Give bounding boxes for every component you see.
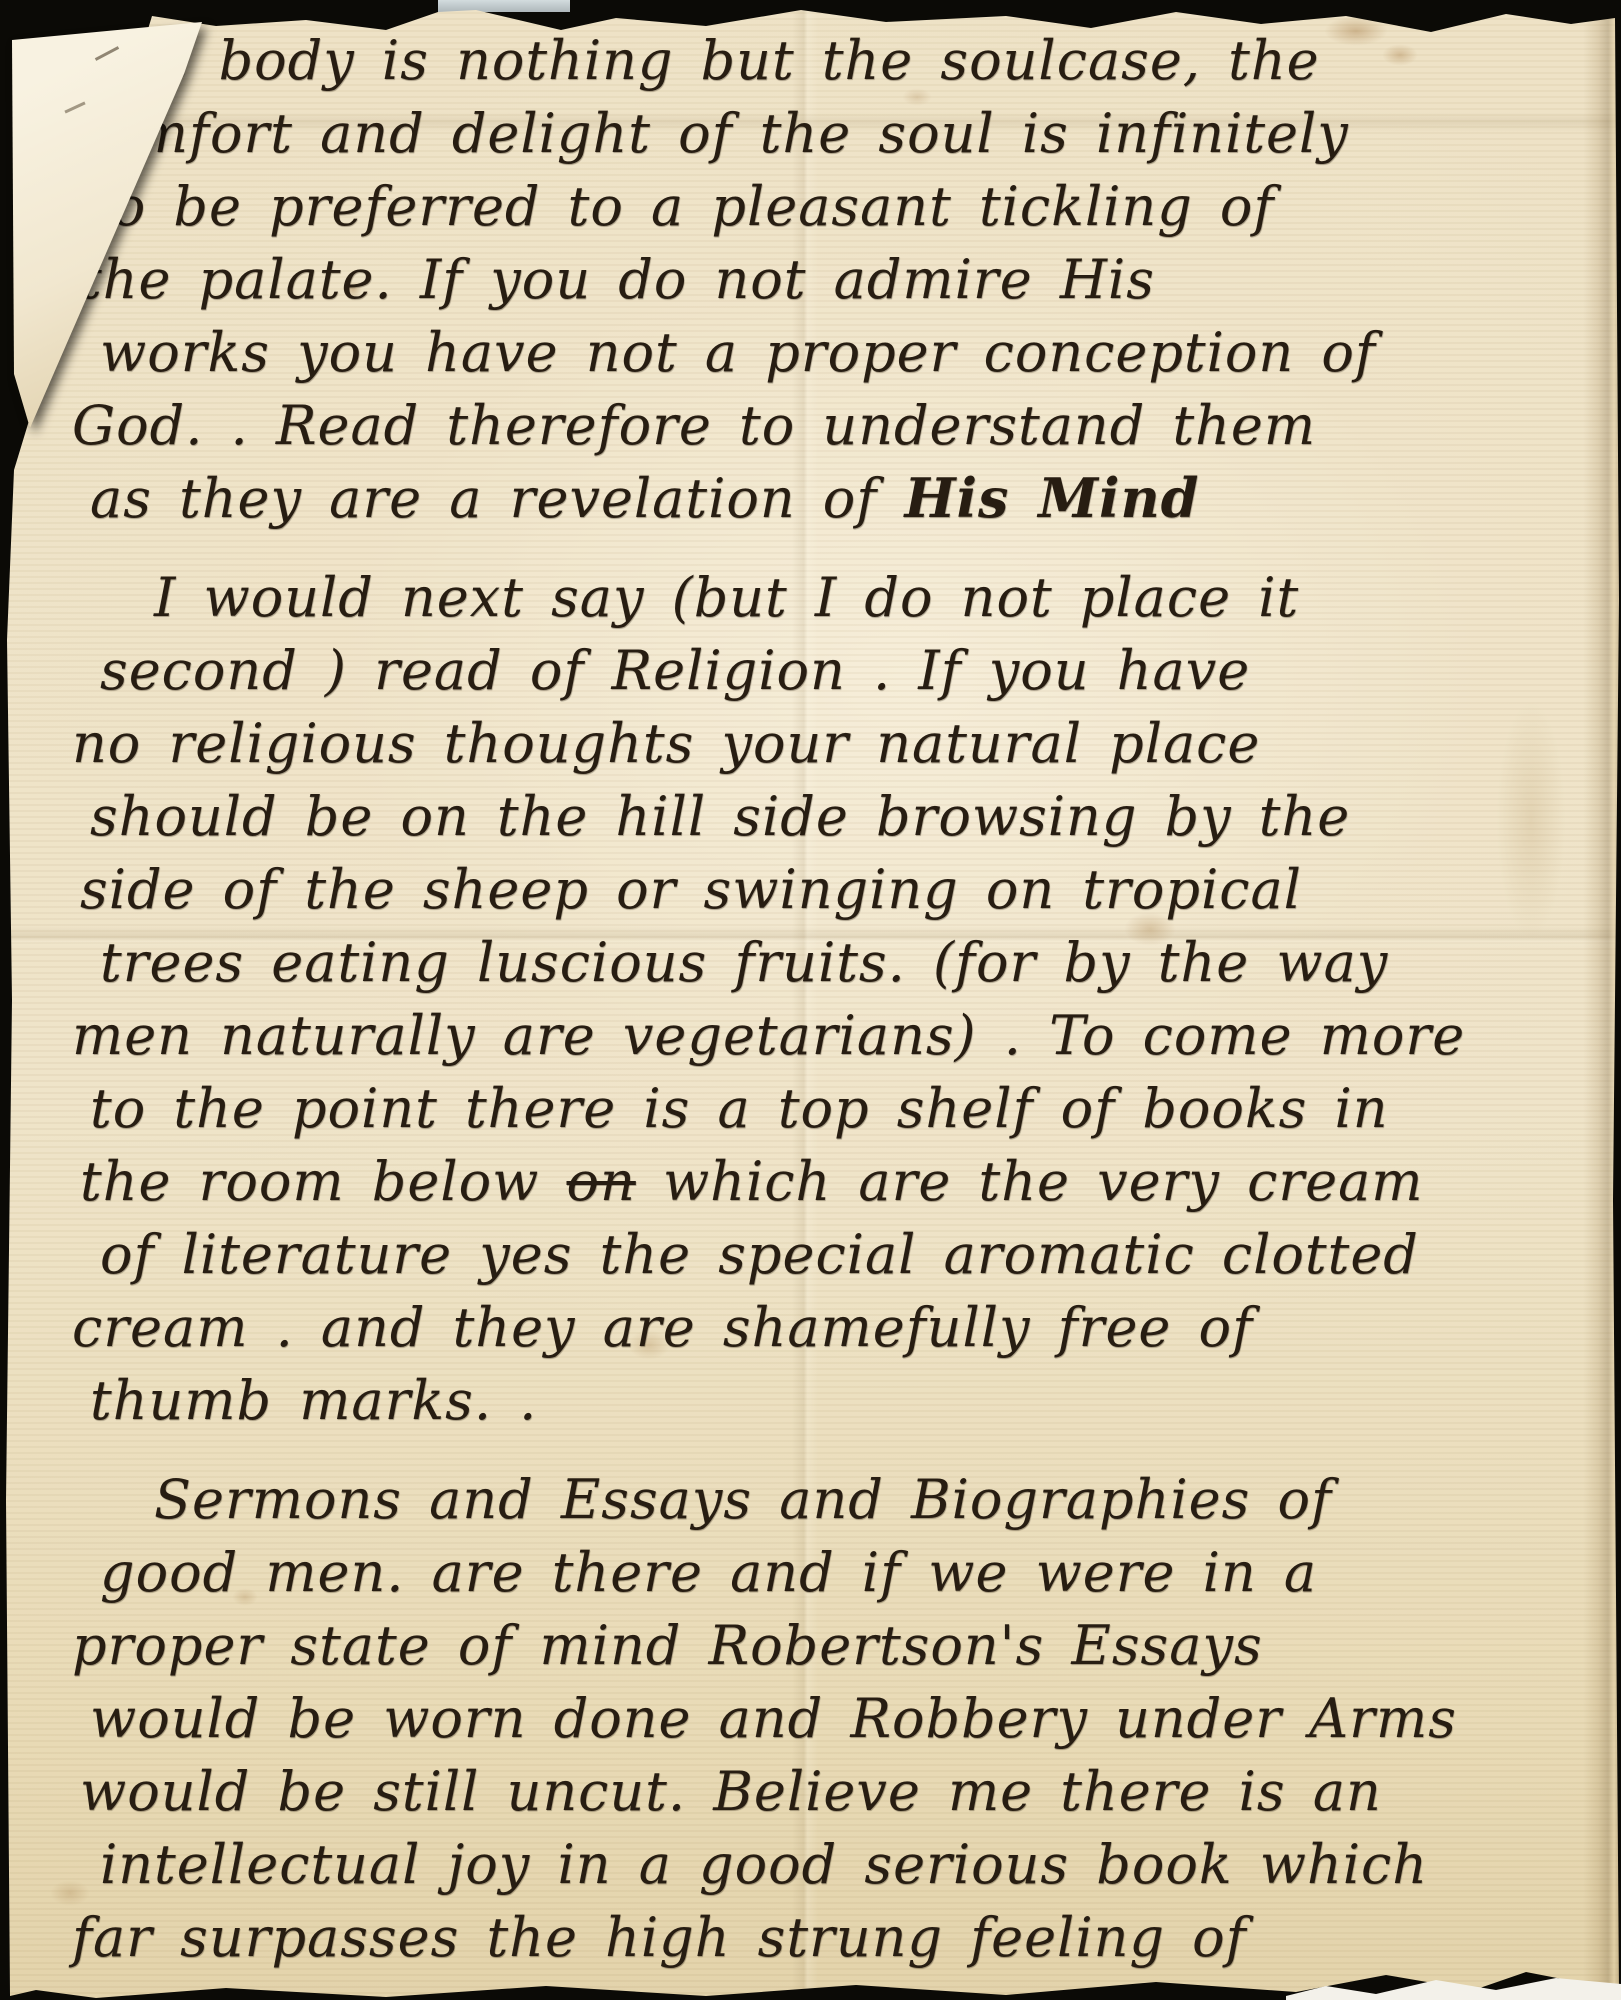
line-text: which are the very cream [636,1150,1424,1213]
line-text: would be worn done and Robbery under Arm… [90,1687,1457,1750]
line-text: the room below [80,1150,567,1213]
handwritten-line: the body is nothing but the soulcase, th… [100,24,1586,97]
handwritten-line: would be worn done and Robbery under Arm… [90,1682,1586,1755]
line-text: works you have not a proper conception o… [100,321,1376,384]
line-text: intellectual joy in a good serious book … [100,1833,1428,1896]
line-text: thumb marks. . [90,1369,537,1432]
handwritten-line: to the point there is a top shelf of boo… [90,1072,1586,1145]
handwritten-line: cream . and they are shamefully free of [72,1291,1586,1364]
handwritten-line: trees eating luscious fruits. (for by th… [100,926,1586,999]
handwritten-line: to be preferred to a pleasant tickling o… [90,170,1586,243]
handwritten-line: should be on the hill side browsing by t… [90,780,1586,853]
folded-torn-corner [8,14,218,444]
handwritten-line: second ) read of Religion . If you have [100,634,1586,707]
handwritten-line: no religious thoughts your natural place [72,707,1586,780]
folded-corner-paper [8,14,218,444]
line-text: I would next say (but I do not place it [154,566,1299,629]
handwritten-line: Sermons and Essays and Biographies of [80,1463,1586,1536]
line-text: the body is nothing but the soulcase, th… [100,29,1320,92]
handwritten-line: works you have not a proper conception o… [100,316,1586,389]
line-text: no religious thoughts your natural place [72,712,1260,775]
line-text: should be on the hill side browsing by t… [90,785,1350,848]
line-text: the palate. If you do not admire His [80,248,1155,311]
line-text: good men. are there and if we were in a [100,1541,1317,1604]
line-text: trees eating luscious fruits. (for by th… [100,931,1388,994]
line-text: to be preferred to a pleasant tickling o… [90,175,1274,238]
line-text: proper state of mind Robertson's Essays [72,1614,1263,1677]
handwritten-line: far surpasses the high strung feeling of [72,1901,1586,1974]
overwritten-words: His Mind [904,466,1199,530]
handwritten-line: the room below on which are the very cre… [80,1145,1586,1218]
line-text: Sermons and Essays and Biographies of [154,1468,1332,1531]
line-text: as they are a revelation of [90,467,904,530]
handwritten-line: intellectual joy in a good serious book … [100,1828,1586,1901]
handwritten-line: I would next say (but I do not place it [80,561,1586,634]
handwritten-line: of literature yes the special aromatic c… [100,1218,1586,1291]
line-text: second ) read of Religion . If you have [100,639,1250,702]
struck-out-word: on [567,1150,636,1213]
line-text: to the point there is a top shelf of boo… [90,1077,1389,1140]
handwritten-line: God. . Read therefore to understand them [72,389,1586,462]
line-text: God. . Read therefore to understand them [72,394,1316,457]
letter-text: the body is nothing but the soulcase, th… [70,24,1586,1974]
handwritten-line: comfort and delight of the soul is infin… [72,97,1586,170]
handwritten-line: proper state of mind Robertson's Essays [72,1609,1586,1682]
handwritten-line: side of the sheep or swinging on tropica… [80,853,1586,926]
handwritten-line: good men. are there and if we were in a [100,1536,1586,1609]
letter-paper: the body is nothing but the soulcase, th… [6,0,1621,2000]
line-text: of literature yes the special aromatic c… [100,1223,1419,1286]
line-text: men naturally are vegetarians) . To come… [72,1004,1465,1067]
handwritten-line: the palate. If you do not admire His [80,243,1586,316]
scanned-letter-page: the body is nothing but the soulcase, th… [0,0,1621,2000]
handwritten-line: thumb marks. . [90,1364,1586,1437]
handwritten-line: would be still uncut. Believe me there i… [80,1755,1586,1828]
line-text: side of the sheep or swinging on tropica… [80,858,1302,921]
handwritten-line: as they are a revelation of His Mind [90,462,1586,535]
scanner-light-sliver [438,0,570,12]
worn-right-edge [1583,0,1621,2000]
line-text: would be still uncut. Believe me there i… [80,1760,1382,1823]
line-text: comfort and delight of the soul is infin… [72,102,1349,165]
line-text: cream . and they are shamefully free of [72,1296,1253,1359]
line-text: far surpasses the high strung feeling of [72,1906,1247,1969]
handwritten-line: men naturally are vegetarians) . To come… [72,999,1586,1072]
